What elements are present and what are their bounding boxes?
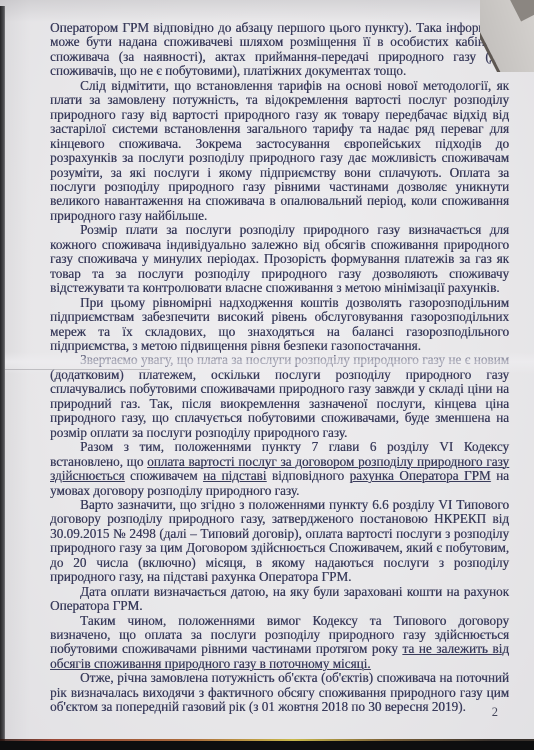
- paragraph: Варто зазначити, що згідно з положеннями…: [50, 498, 509, 585]
- paragraph: Разом з тим, положеннями пункту 7 глави …: [50, 440, 509, 498]
- text-run: Варто зазначити, що згідно з положеннями…: [50, 497, 509, 584]
- paragraph: Отже, річна замовлена потужність об'єкта…: [50, 671, 509, 714]
- text-run: Звертаємо увагу, що плата за послуги роз…: [50, 352, 509, 439]
- text-run: При цьому рівномірні надходження коштів …: [50, 295, 509, 353]
- page-number: 2: [492, 705, 498, 720]
- paragraph: Слід відмітити, що встановлення тарифів …: [50, 79, 509, 224]
- document-text: Оператором ГРМ відповідно до абзацу перш…: [50, 21, 509, 715]
- scanned-document-page: Оператором ГРМ відповідно до абзацу перш…: [0, 0, 534, 750]
- paragraph: При цьому рівномірні надходження коштів …: [50, 296, 509, 354]
- scan-bottom-band: [0, 741, 534, 750]
- text-run: відповідного: [266, 468, 349, 483]
- text-run: Розмір плати за послуги розподілу природ…: [50, 222, 509, 295]
- text-run: Отже, річна замовлена потужність об'єкта…: [50, 670, 509, 714]
- paragraph: Розмір плати за послуги розподілу природ…: [50, 223, 509, 295]
- underlined-text-run: на підставі: [203, 468, 266, 483]
- underlined-text-run: рахунка Оператора ГРМ: [350, 468, 491, 483]
- page-corner-fold: [480, 0, 534, 72]
- paragraph: Таким чином, положеннями вимог Кодексу т…: [50, 614, 509, 672]
- text-run: Дата оплати визначається датою, на яку б…: [50, 584, 509, 613]
- paragraph: Дата оплати визначається датою, на яку б…: [50, 585, 509, 614]
- paragraph: Оператором ГРМ відповідно до абзацу перш…: [50, 21, 509, 79]
- paragraph: Звертаємо увагу, що плата за послуги роз…: [50, 353, 509, 440]
- text-run: Оператором ГРМ відповідно до абзацу перш…: [50, 20, 509, 78]
- text-run: споживачем: [125, 468, 204, 483]
- scan-left-edge: [0, 6, 5, 741]
- text-run: Слід відмітити, що встановлення тарифів …: [50, 78, 509, 223]
